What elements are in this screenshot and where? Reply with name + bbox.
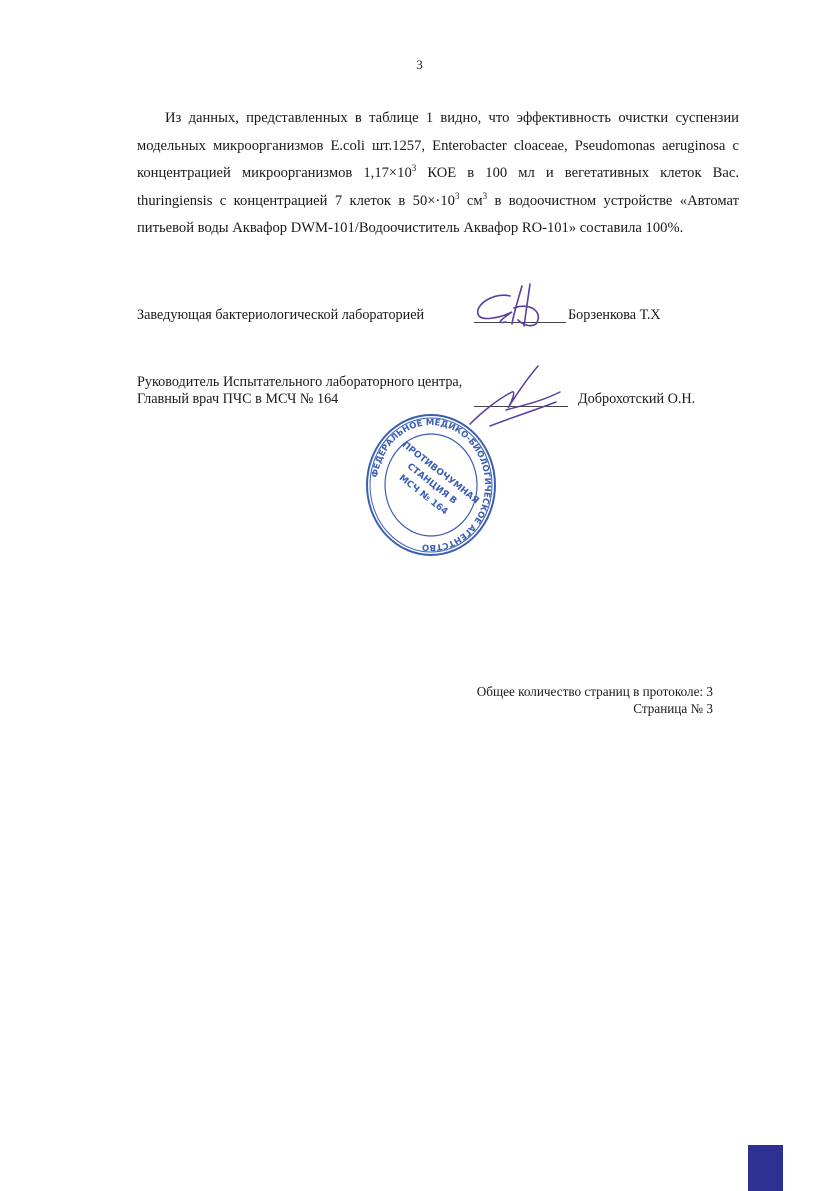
page-number: 3 xyxy=(0,57,839,73)
official-stamp-icon: ФЕДЕРАЛЬНОЕ МЕДИКО-БИОЛОГИЧЕСКОЕ АГЕНТСТ… xyxy=(365,410,497,560)
total-pages-label: Общее количество страниц в протоколе: 3 xyxy=(477,683,713,700)
signatory-name: Борзенкова Т.Х xyxy=(568,307,661,324)
signatory-title-line-2: Главный врач ПЧС в МСЧ № 164 xyxy=(137,391,338,408)
signatory-title: Заведующая бактериологической лаборатори… xyxy=(137,307,424,324)
signatory-title-line-1: Руководитель Испытательного лабораторног… xyxy=(137,374,462,391)
current-page-label: Страница № 3 xyxy=(477,700,713,717)
signatory-name: Доброхотский О.Н. xyxy=(578,391,695,408)
page-footer: Общее количество страниц в протоколе: 3 … xyxy=(477,683,713,717)
page-corner-marker xyxy=(748,1145,783,1191)
conclusion-paragraph: Из данных, представленных в таблице 1 ви… xyxy=(137,105,739,243)
paragraph-text-3: см xyxy=(459,193,482,209)
signature-icon xyxy=(470,282,570,332)
